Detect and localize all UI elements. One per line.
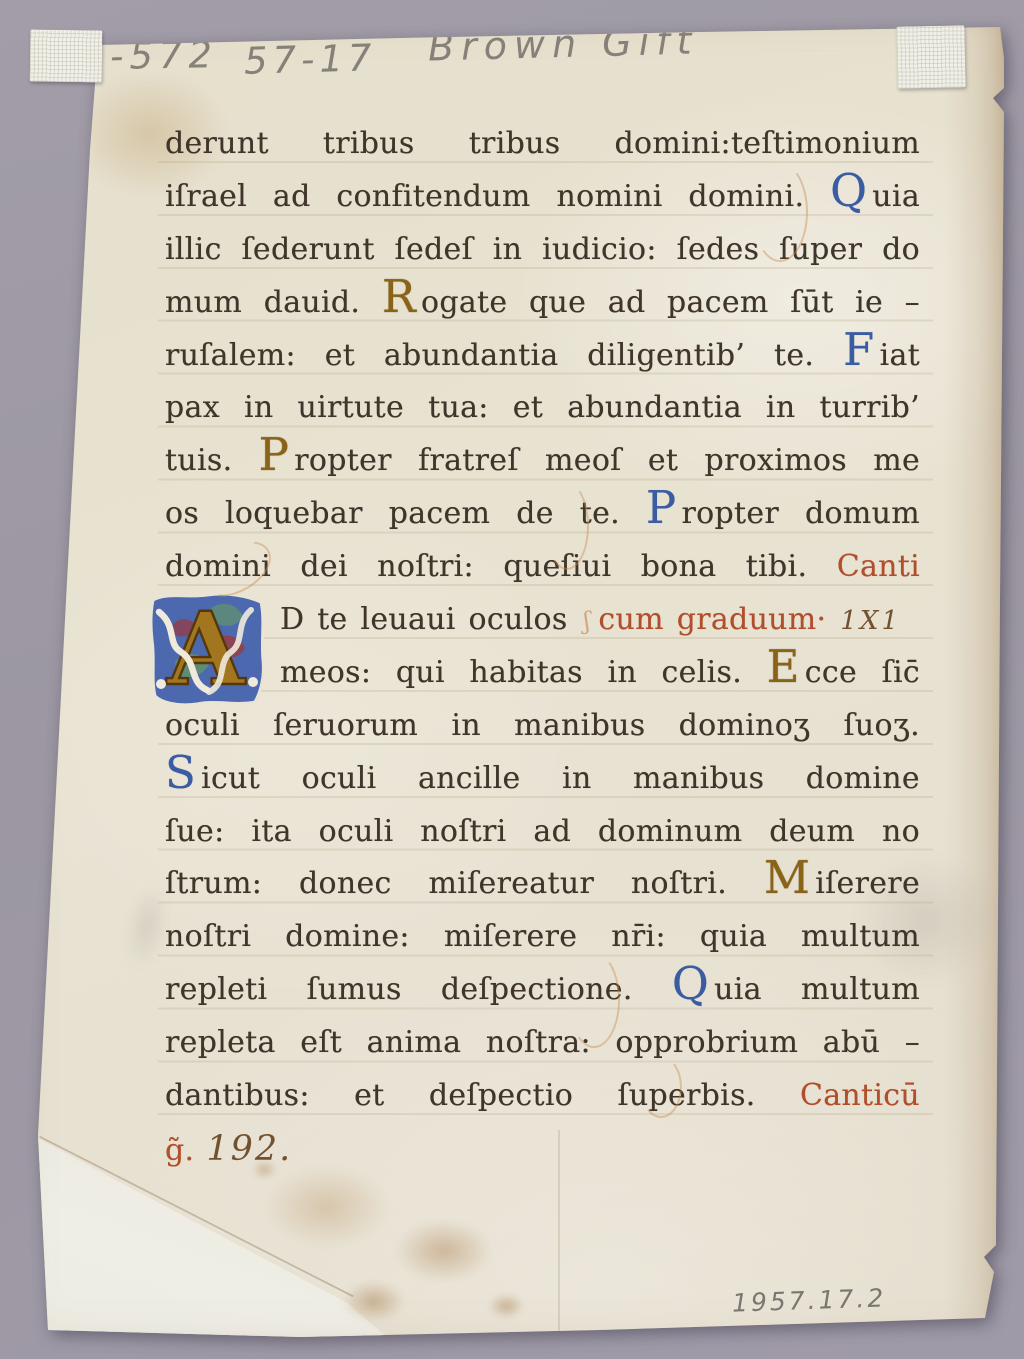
text-segment-gold: M <box>764 851 810 904</box>
text-segment-ink: illic ſederunt ſedeſ in iudicio: ſedes ſ… <box>165 232 920 267</box>
text-line: domini dei noſtri: queſiui bona tibi. Ca… <box>165 541 920 594</box>
illuminated-initial-A: A <box>147 590 268 706</box>
text-segment-gold: P <box>259 428 290 481</box>
text-line: iſrael ad confitendum nomini domini. Qui… <box>165 171 920 224</box>
text-segment-blue: S <box>165 746 196 799</box>
text-segment-folio: 192. <box>206 1129 292 1169</box>
text-line: mum dauid. Rogate que ad pacem ſūt ie – <box>165 277 920 330</box>
text-line: illic ſederunt ſedeſ in iudicio: ſedes ſ… <box>165 224 920 277</box>
accession-number: 1957.17.2 <box>732 1283 887 1317</box>
mounting-tape-top-left <box>30 29 103 82</box>
text-segment-ink: ropter domum <box>682 496 920 531</box>
text-segment-ink: noſtri domine: miſerere nr̄i: quia multu… <box>165 919 920 954</box>
text-segment-red: Canti <box>837 549 920 584</box>
text-segment-ink: dantibus: et deſpectio ſuperbis. <box>165 1078 800 1113</box>
text-segment-ink: repleti ſumus deſpectione. <box>165 972 672 1007</box>
text-line: meos: qui habitas in celis. Ecce ſic̄ <box>165 647 920 700</box>
stain-right-edge <box>944 0 1024 1359</box>
text-segment-ink: repleta eſt anima noſtra: opprobrium abū… <box>165 1025 920 1060</box>
text-segment-blue: Q <box>830 164 867 217</box>
text-segment-ink: D te leuaui oculos <box>280 602 568 637</box>
text-line: repleta eſt anima noſtra: opprobrium abū… <box>165 1017 920 1070</box>
text-block: derunt tribus tribus domini:teſtimoniumi… <box>165 118 920 1123</box>
text-segment-ink: ruſalem: et abundantia diligentib’ te. <box>165 338 843 373</box>
text-segment-ink: domini dei noſtri: queſiui bona tibi. <box>165 549 837 584</box>
text-line: derunt tribus tribus domini:teſtimonium <box>165 118 920 171</box>
text-segment-flour: ʃ <box>584 607 591 635</box>
initial-vine-dot <box>156 679 166 689</box>
text-segment-ink: os loquebar pacem de te. <box>165 496 646 531</box>
text-segment-ink: icut oculi ancille in manibus domine <box>201 761 920 796</box>
pencil-gift-inscription: Brown Gift <box>427 18 699 69</box>
text-segment-ink: ſue: ita oculi noſtri ad dominum deum no <box>165 814 920 849</box>
text-segment-gold: R <box>382 270 416 323</box>
text-segment-ink: ropter fratreſ meoſ et proximos me <box>294 443 920 478</box>
text-segment-ink: tuis. <box>165 443 259 478</box>
text-segment-ink: iſerere <box>815 866 920 901</box>
text-segment-ink: derunt tribus tribus domini:teſtimonium <box>165 126 920 161</box>
text-segment-ink: iſrael ad confitendum nomini domini. <box>165 179 830 214</box>
manuscript-leaf: -572 57-17 Brown Gift derunt tribus trib… <box>0 0 1024 1359</box>
initial-vine-dot2 <box>248 677 258 687</box>
text-line: D te leuaui oculosʃcum graduum·1X1 <box>165 594 920 647</box>
text-line: ruſalem: et abundantia diligentib’ te. F… <box>165 330 920 383</box>
text-segment-blue: F <box>843 323 875 376</box>
pencil-shelf-mark-left: -572 <box>110 33 219 78</box>
text-segment-ink: cce ſic̄ <box>805 655 920 690</box>
text-segment-blue: P <box>646 481 677 534</box>
text-line: Sicut oculi ancille in manibus domine <box>165 753 920 806</box>
text-segment-blue: Q <box>672 957 709 1010</box>
text-segment-red: cum graduum· <box>598 602 826 637</box>
text-line: os loquebar pacem de te. Propter domum <box>165 488 920 541</box>
text-segment-ink: ogate que ad pacem ſūt ie – <box>421 285 920 320</box>
text-segment-ink: ſtrum: donec miſereatur noſtri. <box>165 866 764 901</box>
text-segment-ink: uia multum <box>714 972 920 1007</box>
text-line: tuis. Propter fratreſ meoſ et proximos m… <box>165 435 920 488</box>
text-segment-num: 1X1 <box>840 606 901 636</box>
text-segment-ink: uia <box>872 179 920 214</box>
text-segment-ink: mum dauid. <box>165 285 382 320</box>
text-segment-gold: E <box>767 640 800 693</box>
text-line: repleti ſumus deſpectione. Quia multum <box>165 964 920 1017</box>
text-segment-ink: oculi ſeruorum in manibus dominoʒ ſuoʒ. <box>165 708 920 743</box>
text-segment-ink: pax in uirtute tua: et abundantia in tur… <box>165 390 920 425</box>
text-segment-ink: meos: qui habitas in celis. <box>280 655 767 690</box>
vertical-crease <box>558 1130 560 1335</box>
text-line: oculi ſeruorum in manibus dominoʒ ſuoʒ. <box>165 700 920 753</box>
pencil-shelf-mark-right: 57-17 <box>243 36 377 82</box>
text-line: noſtri domine: miſerere nr̄i: quia multu… <box>165 911 920 964</box>
text-line: dantibus: et deſpectio ſuperbis. Canticū… <box>165 1070 920 1123</box>
mounting-tape-top-right <box>896 25 965 88</box>
text-line: ſtrum: donec miſereatur noſtri. Miſerere <box>165 858 920 911</box>
text-segment-ink: iat <box>880 338 920 373</box>
manuscript-photo: -572 57-17 Brown Gift derunt tribus trib… <box>0 0 1024 1359</box>
